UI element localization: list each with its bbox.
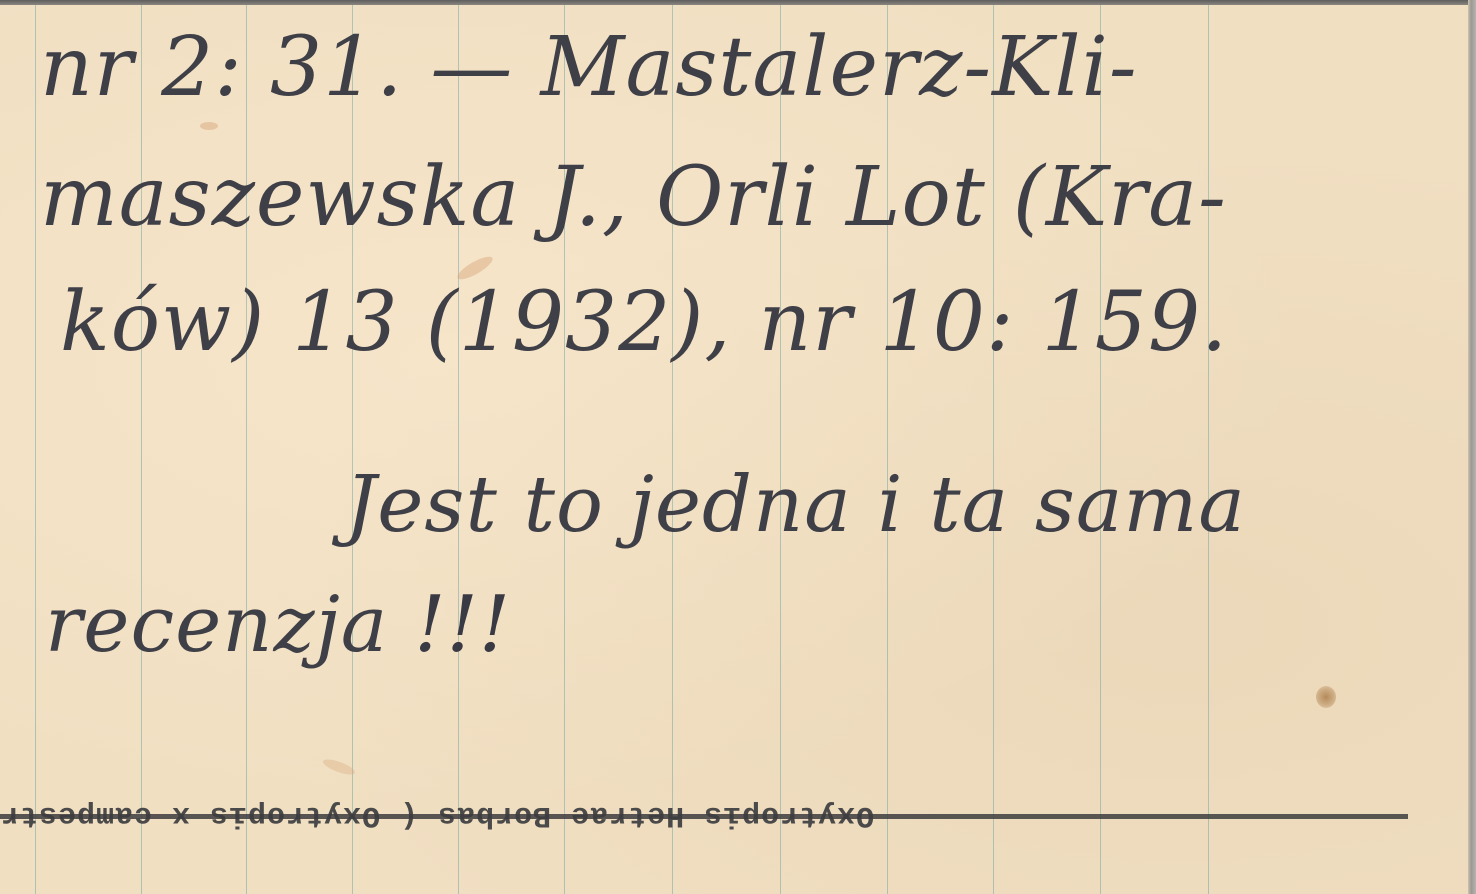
handwritten-line-3: ków) 13 (1932), nr 10: 159. xyxy=(60,275,1228,370)
paper-fiber-stain xyxy=(200,122,218,130)
strikethrough-bar xyxy=(0,814,1408,819)
vertical-rule-line xyxy=(141,5,142,894)
handwritten-line-4: Jest to jedna i ta sama xyxy=(345,460,1246,550)
vertical-rule-line xyxy=(1100,5,1101,894)
card-top-edge xyxy=(0,0,1476,5)
vertical-rule-line xyxy=(887,5,888,894)
vertical-rule-line xyxy=(780,5,781,894)
vertical-rule-line xyxy=(672,5,673,894)
vertical-rule-line xyxy=(246,5,247,894)
handwritten-line-1: nr 2: 31. — Mastalerz-Kli- xyxy=(40,20,1138,115)
vertical-rule-line xyxy=(564,5,565,894)
vertical-rule-line xyxy=(458,5,459,894)
vertical-rule-line xyxy=(35,5,36,894)
handwritten-line-5: recenzja !!! xyxy=(45,580,511,670)
vertical-rule-line xyxy=(352,5,353,894)
typed-struck-line: Oxytropis Hetrae Borbas ( Oxytropis x ca… xyxy=(0,790,1410,840)
ink-stain xyxy=(1316,686,1336,708)
card-right-edge xyxy=(1468,0,1476,894)
index-card: nr 2: 31. — Mastalerz-Kli- maszewska J.,… xyxy=(0,0,1476,894)
exclamation-marks: !!! xyxy=(414,580,511,670)
vertical-rule-line xyxy=(993,5,994,894)
vertical-rule-line xyxy=(1208,5,1209,894)
handwritten-line-2: maszewska J., Orli Lot (Kra- xyxy=(40,150,1227,245)
handwritten-word-recenzja: recenzja xyxy=(45,580,388,670)
